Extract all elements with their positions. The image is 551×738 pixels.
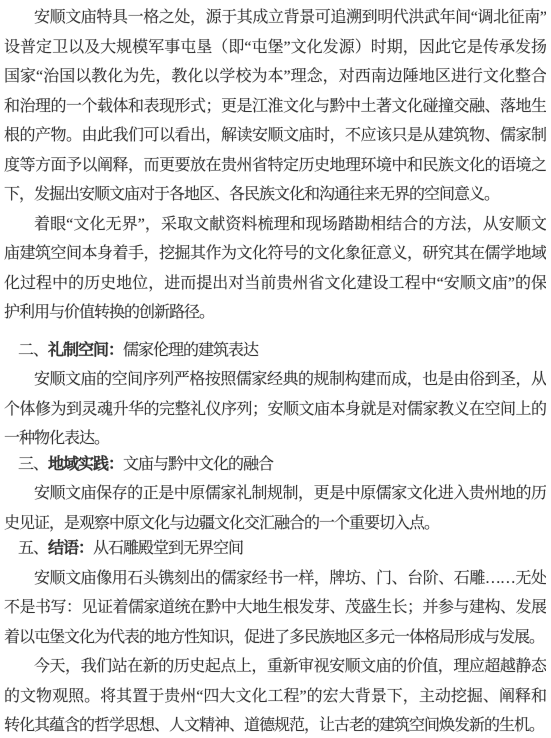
section-title-rest: 从石雕殿堂到无界空间 (93, 540, 243, 557)
section-heading: 二、礼制空间：儒家伦理的建筑表达 (4, 336, 546, 366)
paragraph-line: 度等方面予以阐释，而更要放在贵州省特定历史地理环境中和民族文化的语境之 (4, 151, 546, 181)
paragraph-line: 转化其蕴含的哲学思想、人文精神、道德规范，让古老的建筑空间焕发新的生机。 (4, 711, 546, 738)
paragraph-line: 和治理的一个载体和表现形式；更是江淮文化与黔中土著文化碰撞交融、落地生 (4, 92, 546, 122)
paragraph: 安顺文庙的空间序列严格按照儒家经典的规制构建而成，也是由俗到圣，从个体修为到灵魂… (4, 365, 546, 454)
paragraph: 着眼“文化无界”，采取文献资料梳理和现场踏勘相结合的方法，从安顺文庙建筑空间本身… (4, 210, 546, 328)
paragraph: 安顺文庙保存的正是中原儒家礼制规制，更是中原儒家文化进入贵州地的历史见证，是观察… (4, 479, 546, 538)
section-number: 三、 (18, 456, 48, 473)
section-title-bold: 结语： (48, 540, 93, 557)
paragraph-line: 安顺文庙特具一格之处，源于其成立背景可追溯到明代洪武年间“调北征南” (4, 3, 546, 33)
section-title-bold: 地域实践： (48, 456, 123, 473)
paragraph-line: 设普定卫以及大规模军事屯垦（即“屯堡”文化发源）时期，因此它是传承发扬 (4, 33, 546, 63)
section-number: 二、 (18, 342, 48, 359)
paragraph-line: 不是书写：见证着儒家道统在黔中大地生根发芽、茂盛生长；并参与建构、发展 (4, 593, 546, 623)
paragraph-line: 着眼“文化无界”，采取文献资料梳理和现场踏勘相结合的方法，从安顺文 (4, 210, 546, 240)
section-title-bold: 礼制空间： (48, 342, 123, 359)
paragraph-line: 安顺文庙保存的正是中原儒家礼制规制，更是中原儒家文化进入贵州地的历 (4, 479, 546, 509)
paragraph-line: 下，发掘出安顺文庙对于各地区、各民族文化和沟通往来无界的空间意义。 (4, 180, 546, 210)
paragraph-line: 安顺文庙像用石头镌刻出的儒家经书一样，牌坊、门、台阶、石雕……无处 (4, 564, 546, 594)
paragraph: 今天，我们站在新的历史起点上，重新审视安顺文庙的价值，理应超越静态的文物观照。将… (4, 652, 546, 738)
paragraph-line: 化过程中的历史地位，进而提出对当前贵州省文化建设工程中“安顺文庙”的保 (4, 269, 546, 299)
paragraph-line: 庙建筑空间本身着手，挖掘其作为文化符号的文化象征意义，研究其在儒学地域 (4, 239, 546, 269)
section-heading: 五、结语：从石雕殿堂到无界空间 (4, 534, 546, 564)
paragraph-line: 今天，我们站在新的历史起点上，重新审视安顺文庙的价值，理应超越静态 (4, 652, 546, 682)
paragraph-line: 安顺文庙的空间序列严格按照儒家经典的规制构建而成，也是由俗到圣，从 (4, 365, 546, 395)
paragraph: 安顺文庙像用石头镌刻出的儒家经书一样，牌坊、门、台阶、石雕……无处不是书写：见证… (4, 564, 546, 653)
paragraph-line: 护利用与价值转换的创新路径。 (4, 298, 546, 328)
paragraph-line: 个体修为到灵魂升华的完整礼仪序列；安顺文庙本身就是对儒家教义在空间上的 (4, 395, 546, 425)
document-page: 安顺文庙特具一格之处，源于其成立背景可追溯到明代洪武年间“调北征南”设普定卫以及… (0, 0, 551, 738)
paragraph-line: 根的产物。由此我们可以看出，解读安顺文庙时，不应该只是从建筑物、儒家制 (4, 121, 546, 151)
paragraph: 安顺文庙特具一格之处，源于其成立背景可追溯到明代洪武年间“调北征南”设普定卫以及… (4, 3, 546, 210)
paragraph-line: 国家“治国以教化为先，教化以学校为本”理念，对西南边陲地区进行文化整合 (4, 62, 546, 92)
section-number: 五、 (18, 540, 48, 557)
section-title-rest: 儒家伦理的建筑表达 (123, 342, 258, 359)
paragraph-line: 的文物观照。将其置于贵州“四大文化工程”的宏大背景下，主动挖掘、阐释和 (4, 682, 546, 712)
paragraph-line: 着以屯堡文化为代表的地方性知识，促进了多民族地区多元一体格局形成与发展。 (4, 623, 546, 653)
section-title-rest: 文庙与黔中文化的融合 (123, 456, 273, 473)
section-heading: 三、地域实践：文庙与黔中文化的融合 (4, 450, 546, 480)
